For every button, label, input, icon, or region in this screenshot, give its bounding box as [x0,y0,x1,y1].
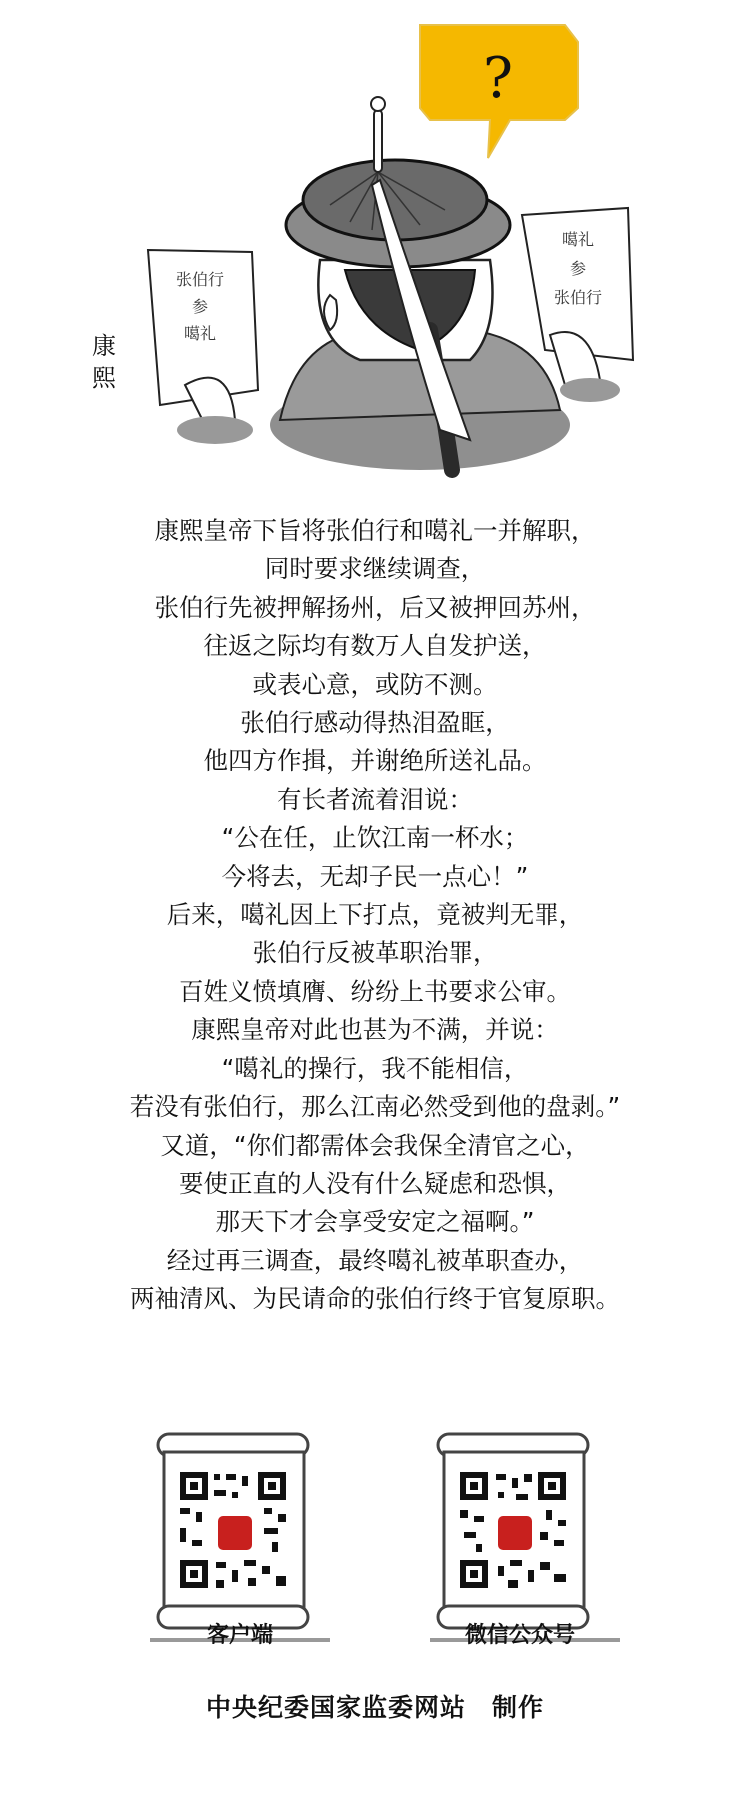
story-line: 若没有张伯行，那么江南必然受到他的盘剥。” [0,1088,750,1126]
credit-action: 制作 [492,1693,544,1722]
story-line: 张伯行反被革职治罪， [0,934,750,972]
story-line: 那天下才会享受安定之福啊。” [0,1203,750,1241]
story-line: 有长者流着泪说： [0,781,750,819]
credit-line: 中央纪委国家监委网站制作 [0,1688,750,1724]
story-line: 往返之际均有数万人自发护送， [0,627,750,665]
qr-caption-client: 客户端 [140,1618,340,1649]
svg-text:参: 参 [570,259,586,278]
svg-text:噶礼: 噶礼 [562,230,594,249]
story-line: “噶礼的操行，我不能相信， [0,1050,750,1088]
logo-icon [498,1516,532,1550]
story-line: 后来，噶礼因上下打点，竟被判无罪， [0,896,750,934]
story-line: 康熙皇帝对此也甚为不满，并说： [0,1011,750,1049]
speech-bubble: ? [420,25,578,158]
label-char: 康 [92,330,120,362]
qr-caption-wechat: 微信公众号 [420,1618,620,1649]
story-line: 康熙皇帝下旨将张伯行和噶礼一并解职， [0,512,750,550]
story-text: 康熙皇帝下旨将张伯行和噶礼一并解职， 同时要求继续调查， 张伯行先被押解扬州，后… [0,512,750,1319]
story-line: 他四方作揖，并谢绝所送礼品。 [0,742,750,780]
left-document: 张伯行 参 噶礼 [148,250,258,444]
story-line: “公在任，止饮江南一杯水； [0,819,750,857]
logo-icon [218,1516,252,1550]
qr-code-client[interactable] [140,1420,340,1650]
story-line: 要使正直的人没有什么疑虑和恐惧， [0,1165,750,1203]
story-line: 张伯行感动得热泪盈眶， [0,704,750,742]
svg-text:噶礼: 噶礼 [184,324,216,343]
svg-text:参: 参 [192,297,208,316]
story-line: 又道，“你们都需体会我保全清官之心， [0,1127,750,1165]
label-char: 熙 [92,362,120,394]
story-line: 经过再三调查，最终噶礼被革职查办， [0,1242,750,1280]
credit-org: 中央纪委国家监委网站 [206,1693,466,1722]
question-mark-icon: ? [483,46,513,111]
svg-text:张伯行: 张伯行 [554,288,602,307]
story-line: 同时要求继续调查， [0,550,750,588]
story-line: 张伯行先被押解扬州，后又被押回苏州， [0,589,750,627]
story-line: 今将去，无却子民一点心！” [0,858,750,896]
svg-text:张伯行: 张伯行 [176,270,224,289]
story-line: 百姓义愤填膺、纷纷上书要求公审。 [0,973,750,1011]
story-line: 或表心意，或防不测。 [0,666,750,704]
kangxi-illustration: 张伯行 参 噶礼 噶礼 参 张伯行 ? [0,0,750,500]
story-line: 两袖清风、为民请命的张伯行终于官复原职。 [0,1280,750,1318]
character-label: 康 熙 [92,330,120,394]
qr-code-wechat[interactable] [420,1420,620,1650]
